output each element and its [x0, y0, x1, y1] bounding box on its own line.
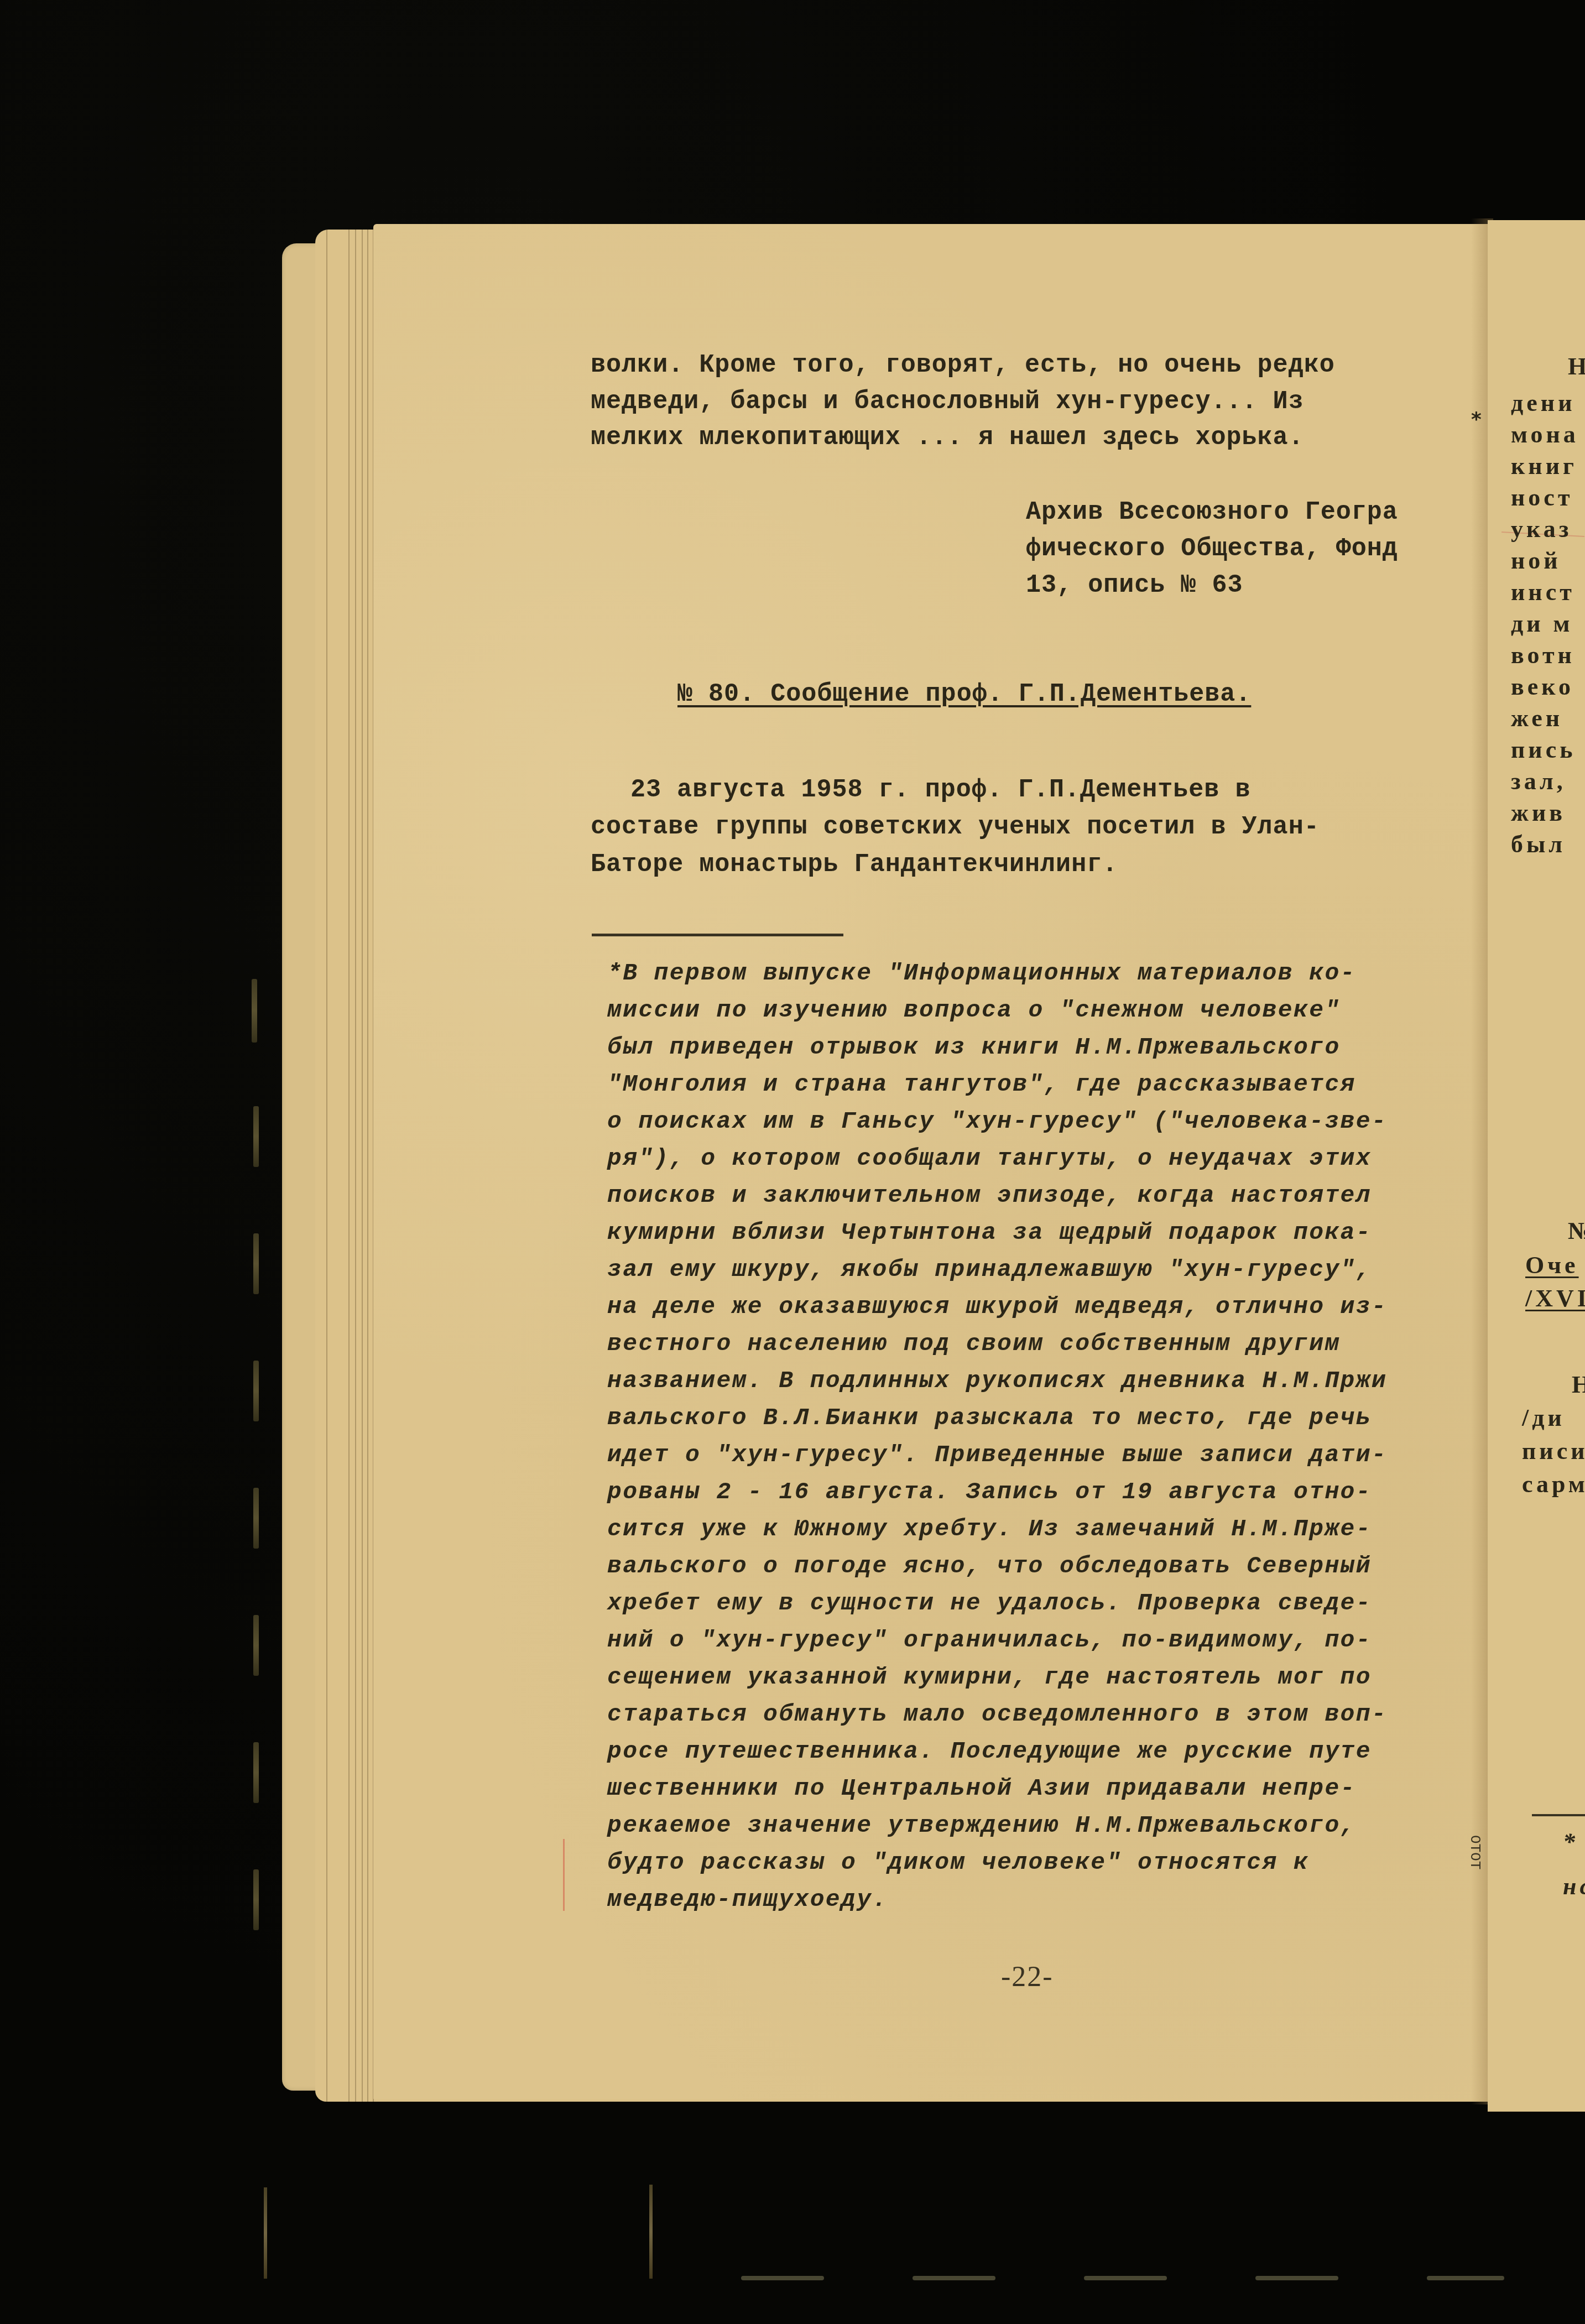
footnote-line: о поисках им в Ганьсу "хун-гуресу" ("чел… [607, 1109, 1387, 1133]
margin-mark [563, 1839, 565, 1911]
right-page-text: указ [1511, 515, 1572, 543]
footnote-line: на деле же оказавшуюся шкурой медведя, о… [607, 1295, 1387, 1319]
footnote-line: идет о "хун-гуресу". Приведенные выше за… [607, 1443, 1387, 1467]
footnote-line: рованы 2 - 16 августа. Запись от 19 авгу… [607, 1480, 1372, 1504]
footnote-line: ря"), о котором сообщали тангуты, о неуд… [607, 1147, 1372, 1170]
right-page-text: писи [1522, 1437, 1585, 1465]
right-page-text: Н [1568, 352, 1585, 381]
footnote-line: сится уже к Южному хребту. Из замечаний … [607, 1517, 1372, 1541]
right-page-text: ност [1511, 483, 1573, 512]
footnote-line: ний о "хун-гуресу" ограничилась, по-види… [607, 1628, 1372, 1652]
right-page-text: Н [1572, 1371, 1585, 1399]
right-page-text: веко [1511, 673, 1574, 701]
right-page-text: сарм [1522, 1470, 1585, 1498]
page-edge [367, 230, 368, 2102]
right-page-footnote: нс [1563, 1872, 1585, 1900]
right-page-heading: № [1568, 1217, 1585, 1245]
footnote-line: вальского В.Л.Бианки разыскала то место,… [607, 1406, 1372, 1430]
section-heading: № 80. Сообщение проф. Г.П.Дементьева. [677, 681, 1251, 707]
page-edge [348, 230, 350, 2102]
binding-stitch [913, 2276, 995, 2280]
right-page-text: вотн [1511, 641, 1575, 669]
footnote-line: миссии по изучению вопроса о "снежном че… [607, 998, 1341, 1022]
footnote-line: медведю-пищухоеду. [607, 1888, 888, 1911]
binding-thread [264, 2187, 267, 2279]
footnote-line: вальского о погоде ясно, что обследовать… [607, 1554, 1372, 1578]
footnote-line: шественники по Центральной Азии придавал… [607, 1776, 1356, 1800]
right-page-text: был [1511, 830, 1566, 858]
footnote-line: названием. В подлинных рукописях дневник… [607, 1369, 1387, 1393]
footnote-marker: * [1471, 408, 1482, 431]
right-page-text: жен [1511, 704, 1563, 732]
footnote-line: сещением указанной кумирни, где настояте… [607, 1665, 1372, 1689]
archive-reference-line: Архив Всесоюзного Геогра [1026, 499, 1398, 525]
right-page-footnote: * [1563, 1828, 1578, 1856]
text-line: мелких млекопитающих ... я нашел здесь х… [591, 425, 1304, 451]
right-page-heading: Оче [1525, 1251, 1579, 1279]
footnote-line: "Монголия и страна тангутов", где расска… [607, 1072, 1356, 1096]
right-page-text: /ди [1522, 1404, 1565, 1432]
right-page-heading: /XVI [1525, 1284, 1585, 1312]
binding-mark [253, 1233, 259, 1294]
footnote-line: рекаемое значение утверждению Н.М.Пржева… [607, 1814, 1356, 1837]
text-line: медведи, барсы и баснословный хун-гуресу… [591, 389, 1304, 415]
page-edge [355, 230, 356, 2102]
binding-stitch [1255, 2276, 1338, 2280]
right-page-text: инст [1511, 578, 1575, 606]
footnote-line: вестного населению под своим собственным… [607, 1332, 1341, 1356]
page-edge [326, 230, 327, 2102]
binding-mark [253, 1106, 259, 1167]
footnote-line: *В первом выпуске "Информационных матери… [607, 961, 1356, 985]
gutter-text: ОТОТ [1464, 1835, 1485, 1869]
binding-mark [253, 1742, 259, 1803]
footnote-line: поисков и заключительном эпизоде, когда … [607, 1184, 1372, 1207]
archive-reference-line: 13, опись № 63 [1026, 572, 1243, 598]
footnote-line: был приведен отрывок из книги Н.М.Пржева… [607, 1035, 1341, 1059]
right-page-text: зал, [1511, 767, 1566, 795]
footnote-divider [592, 934, 843, 936]
right-page-text: пись [1511, 736, 1576, 764]
right-page-text: ди м [1511, 609, 1573, 638]
binding-mark [253, 1615, 259, 1676]
archive-reference-line: фического Общества, Фонд [1026, 536, 1398, 562]
paragraph-line: составе группы советских ученых посетил … [591, 814, 1320, 840]
binding-stitch [1084, 2276, 1167, 2280]
right-page-text: дени [1511, 389, 1576, 417]
binding-stitch [1427, 2276, 1504, 2280]
right-page-text: мона [1511, 420, 1579, 449]
binding-mark [252, 979, 257, 1043]
footnote-line: будто рассказы о "диком человеке" относя… [607, 1851, 1309, 1874]
footnote-line: хребет ему в сущности не удалось. Провер… [607, 1591, 1372, 1615]
footnote-line: росе путешественника. Последующие же рус… [607, 1739, 1372, 1763]
page-number: -22- [1001, 1961, 1054, 1993]
footnote-line: кумирни вблизи Чертынтона за щедрый пода… [607, 1221, 1372, 1244]
footnote-line: зал ему шкуру, якобы принадлежавшую "хун… [607, 1258, 1372, 1281]
binding-stitch [741, 2276, 824, 2280]
right-page-text: жив [1511, 799, 1566, 827]
binding-mark [253, 1488, 259, 1549]
binding-mark [253, 1361, 259, 1421]
right-page-footnote-divider [1532, 1814, 1585, 1816]
right-page-text: книг [1511, 452, 1577, 480]
right-page-text: ной [1511, 546, 1561, 575]
text-line: волки. Кроме того, говорят, есть, но оче… [591, 352, 1335, 378]
binding-mark [253, 1869, 259, 1930]
paragraph-line: Баторе монастырь Гандантекчинлинг. [591, 852, 1118, 878]
page-edge [362, 230, 363, 2102]
footnote-line: стараться обмануть мало осведомленного в… [607, 1702, 1387, 1726]
binding-thread [649, 2185, 653, 2279]
paragraph-line: 23 августа 1958 г. проф. Г.П.Дементьев в [630, 777, 1250, 803]
